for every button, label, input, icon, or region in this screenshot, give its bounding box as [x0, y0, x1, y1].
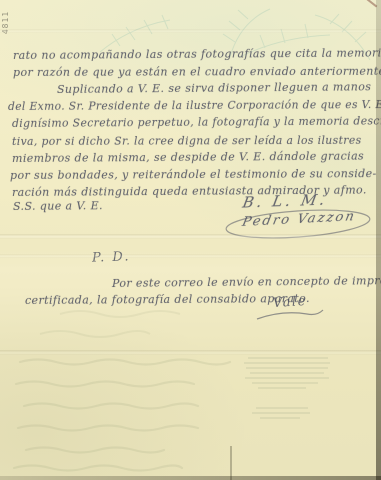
page-edge-shadow: [230, 446, 232, 480]
scan-edge-bottom: [0, 476, 381, 480]
letter-line: por razón de que ya están en el cuadro e…: [13, 65, 381, 79]
signature-flourish-oval: [222, 203, 374, 243]
letter-line: dignísimo Secretario perpetuo, la fotogr…: [12, 114, 381, 130]
scan-edge-right: [376, 0, 381, 480]
letter-line: S.S. que a V. E.: [13, 199, 103, 213]
letter-line: Suplicando a V. E. se sirva disponer lle…: [57, 80, 371, 96]
letter-line: por sus bondades, y reiterándole el test…: [10, 167, 377, 182]
letter-line: miembros de la misma, se despide de V. E…: [12, 150, 364, 165]
fold-crease: [0, 254, 381, 258]
archive-number: 4811: [1, 11, 10, 34]
postscript-label: P. D.: [92, 249, 131, 265]
postscript-line: Por este correo le envío en concepto de …: [112, 274, 381, 290]
scanned-letter-page: 4811 rato no acompañando las otras fotog…: [0, 0, 381, 480]
letter-line: rato no acompañando las otras fotografía…: [13, 46, 381, 62]
letter-line: del Exmo. Sr. Presidente de la ilustre C…: [8, 98, 381, 113]
letter-line: tiva, por si dicho Sr. la cree digna de …: [12, 134, 362, 148]
bleedthrough-writing: [0, 296, 381, 480]
